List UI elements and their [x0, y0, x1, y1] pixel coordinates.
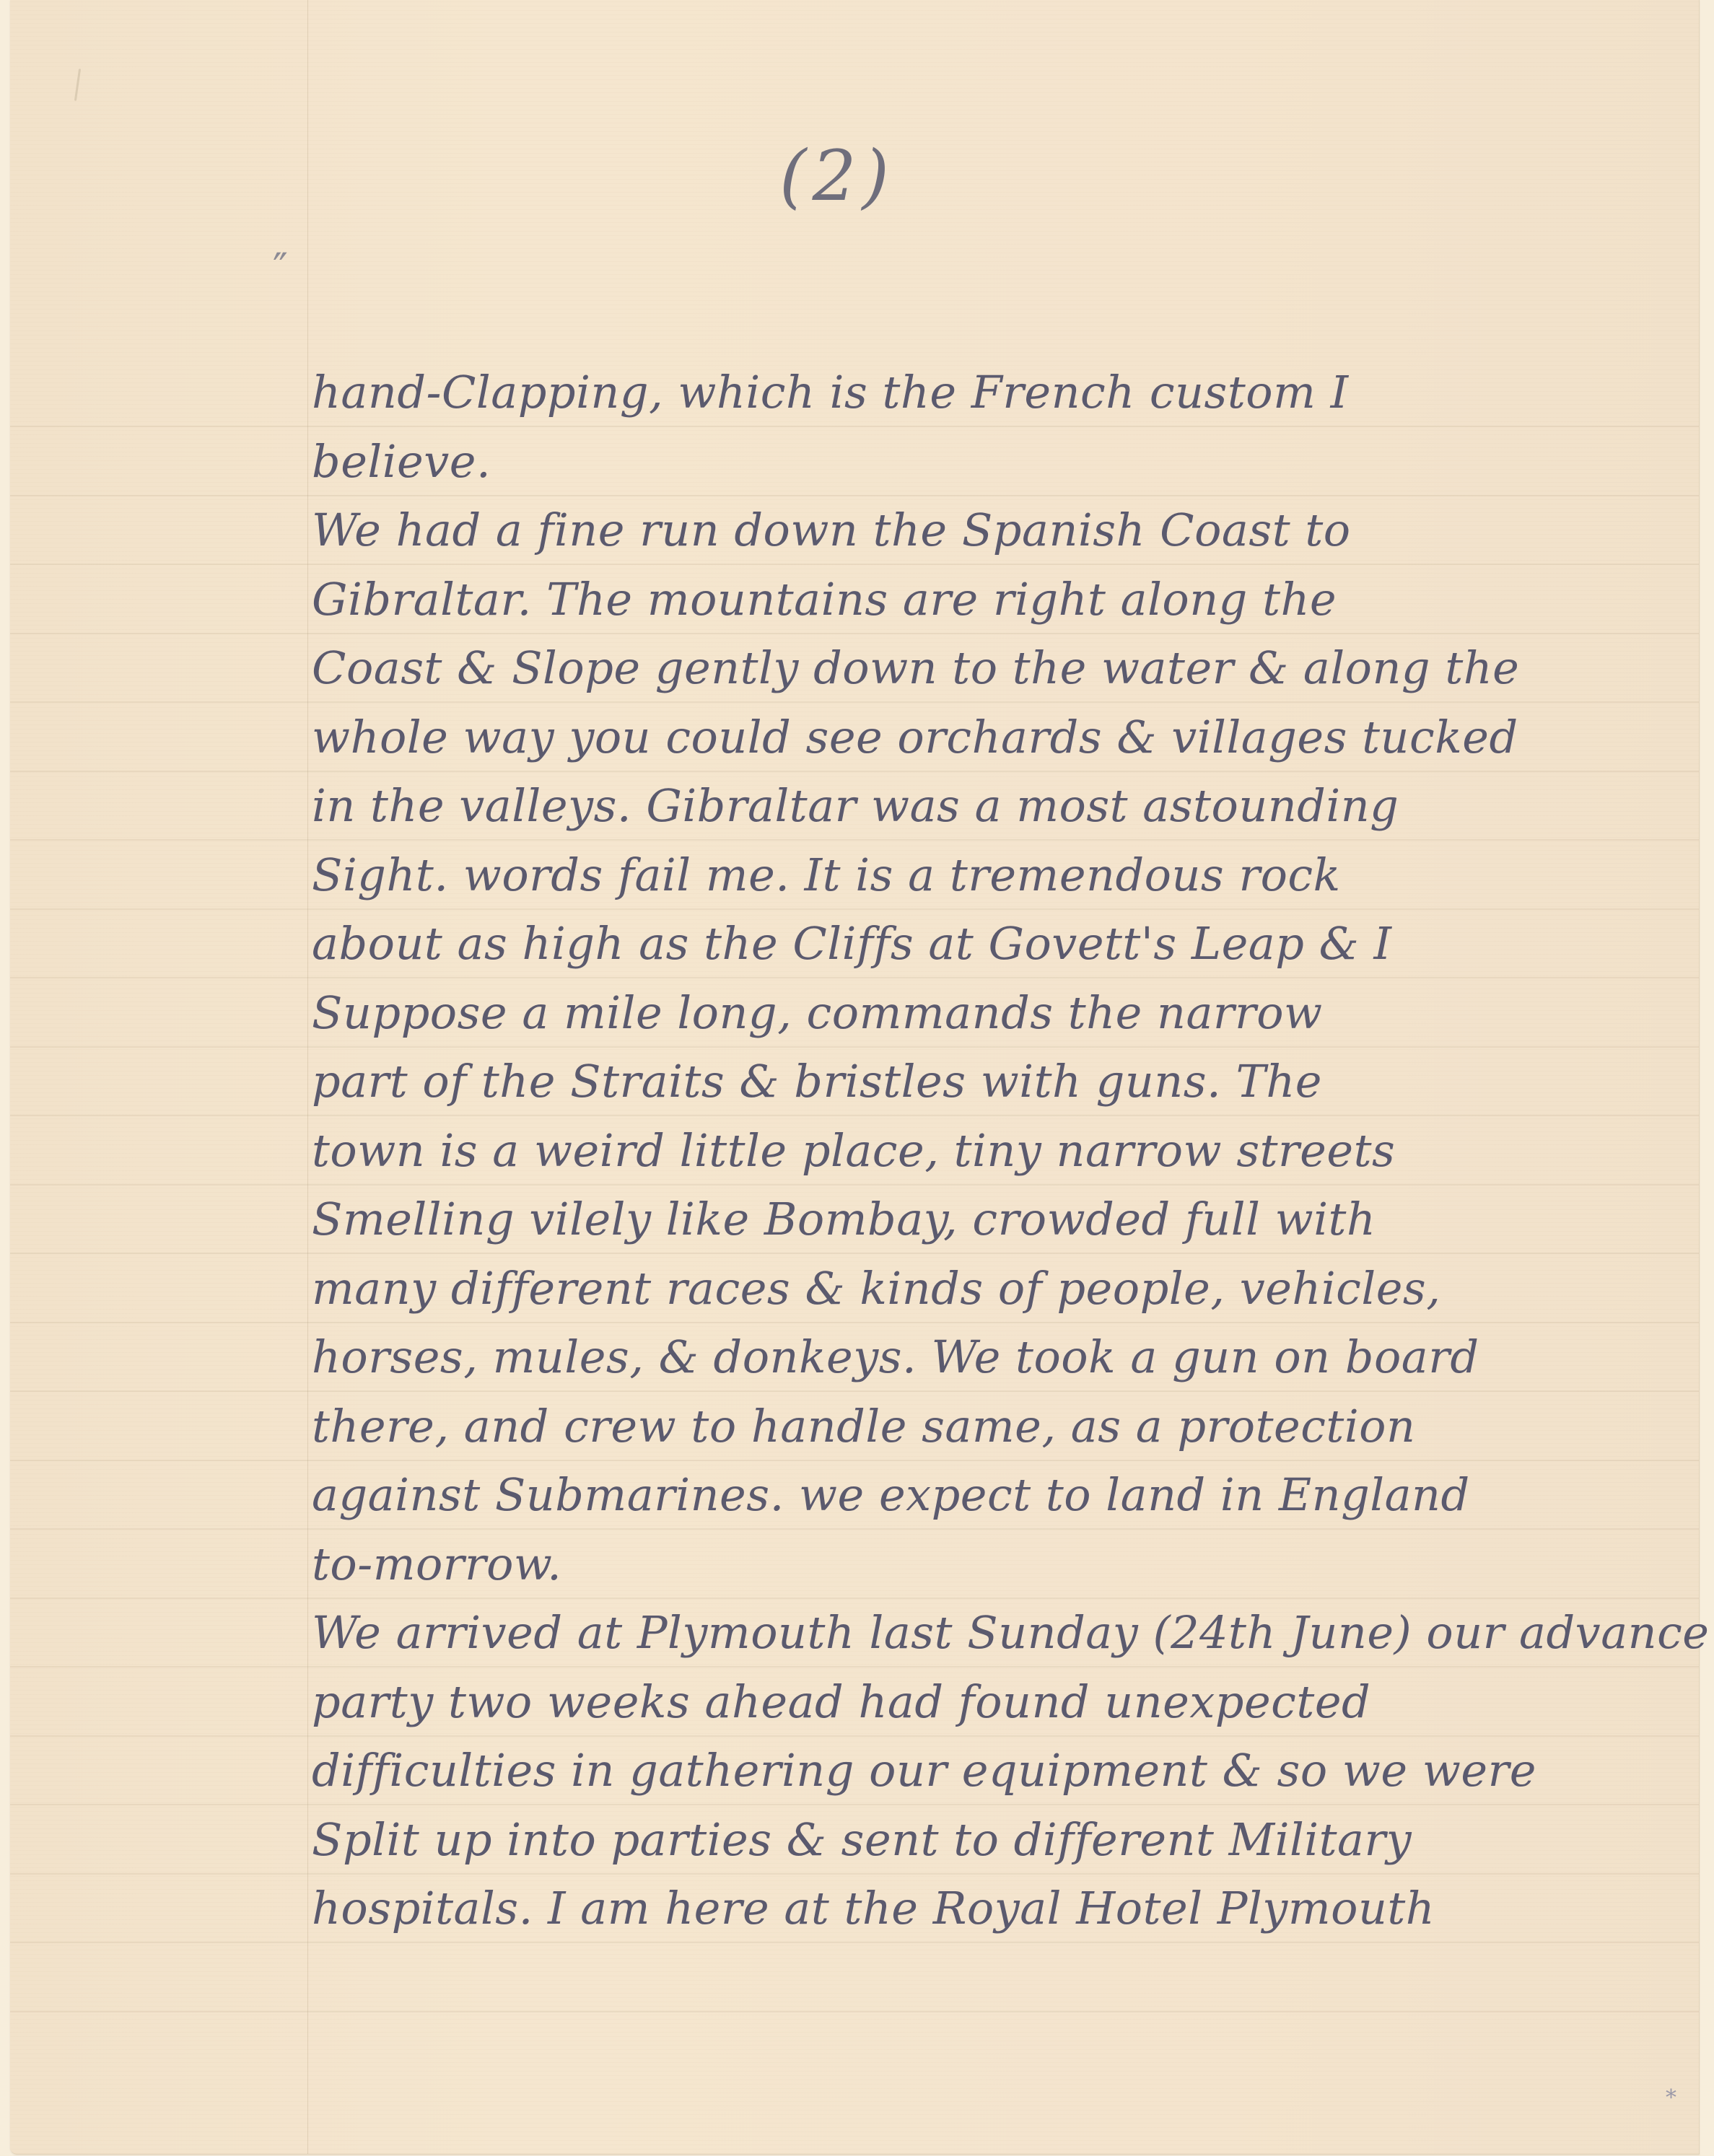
text-line: We had a fine run down the Spanish Coast…: [312, 496, 1697, 565]
text-line: whole way you could see orchards & villa…: [312, 703, 1697, 772]
text-line: Coast & Slope gently down to the water &…: [312, 634, 1697, 703]
text-line: Smelling vilely like Bombay, crowded ful…: [312, 1185, 1697, 1254]
text-line: horses, mules, & donkeys. We took a gun …: [312, 1323, 1697, 1392]
margin-ditto-mark: ″: [273, 245, 288, 292]
corner-mark: *: [1666, 2085, 1676, 2111]
text-line: in the valleys. Gibraltar was a most ast…: [312, 771, 1697, 841]
text-line: part of the Straits & bristles with guns…: [312, 1047, 1697, 1116]
letter-body: hand-Clapping, which is the French custo…: [312, 358, 1697, 1943]
text-line: believe.: [312, 427, 1697, 496]
text-line: We arrived at Plymouth last Sunday (24th…: [312, 1598, 1697, 1668]
text-line: difficulties in gathering our equipment …: [312, 1736, 1697, 1805]
text-line: about as high as the Cliffs at Govett's …: [312, 909, 1697, 978]
text-line: Suppose a mile long, commands the narrow: [312, 978, 1697, 1048]
page-number: (2): [779, 136, 895, 216]
text-line: there, and crew to handle same, as a pro…: [312, 1392, 1697, 1461]
text-line: hospitals. I am here at the Royal Hotel …: [312, 1874, 1697, 1943]
text-line: against Submarines. we expect to land in…: [312, 1460, 1697, 1530]
fold-line: [307, 0, 308, 2154]
pencil-mark: [74, 69, 81, 101]
text-line: to-morrow.: [312, 1530, 1697, 1599]
text-line: Split up into parties & sent to differen…: [312, 1805, 1697, 1875]
text-line: Sight. words fail me. It is a tremendous…: [312, 841, 1697, 910]
text-line: hand-Clapping, which is the French custo…: [312, 358, 1697, 427]
text-line: party two weeks ahead had found unexpect…: [312, 1668, 1697, 1737]
ruled-line: [10, 2011, 1699, 2012]
text-line: Gibraltar. The mountains are right along…: [312, 565, 1697, 634]
text-line: town is a weird little place, tiny narro…: [312, 1116, 1697, 1186]
text-line: many different races & kinds of people, …: [312, 1254, 1697, 1323]
